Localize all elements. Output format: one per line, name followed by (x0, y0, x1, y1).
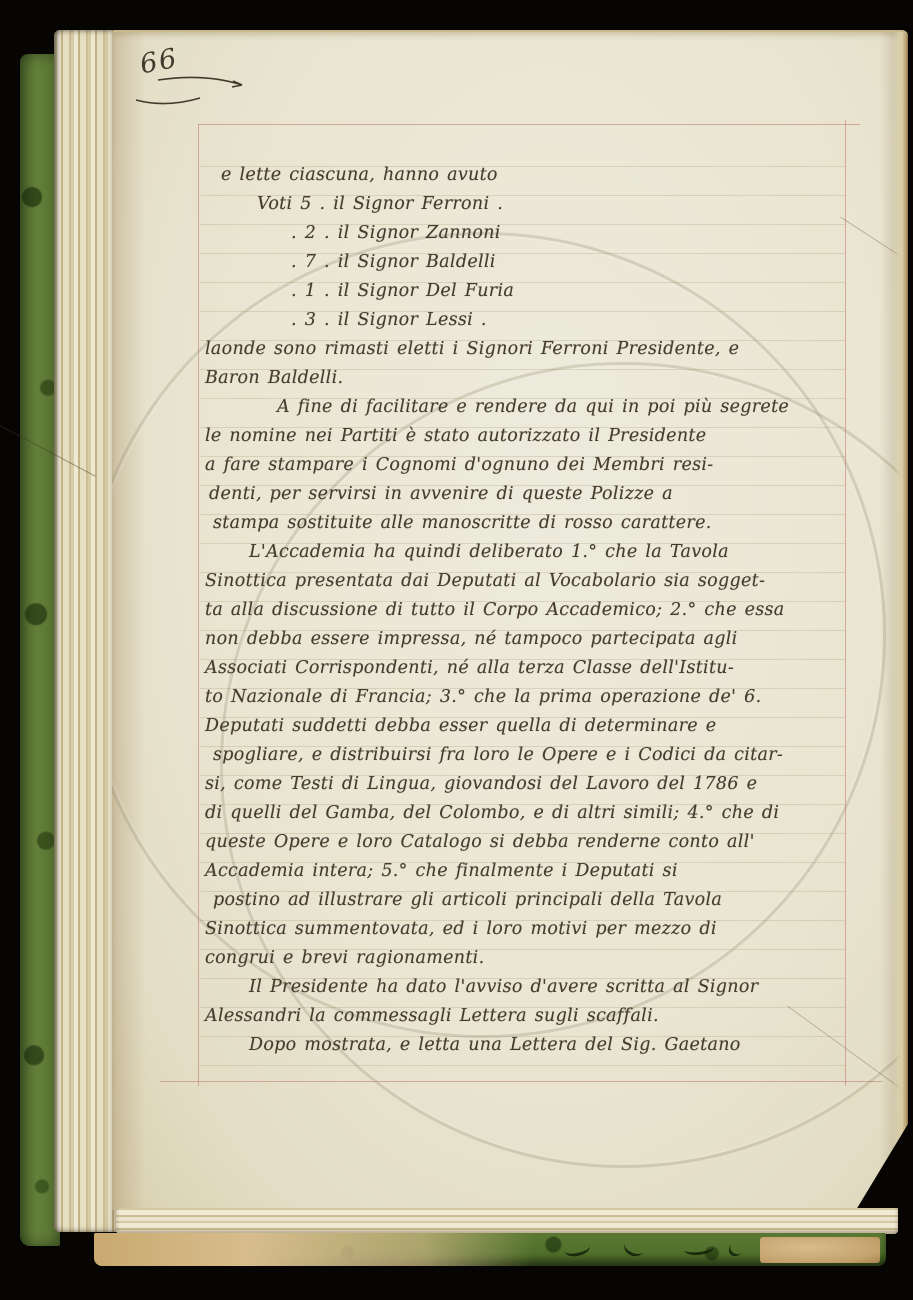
manuscript-line: Baron Baldelli. (205, 364, 853, 393)
manuscript-line: le nomine nei Partiti è stato autorizzat… (205, 422, 853, 451)
manuscript-line: stampa sostituite alle manoscritte di ro… (205, 509, 853, 538)
manuscript-line: a fare stampare i Cognomi d'ognuno dei M… (205, 451, 853, 480)
manuscript-line: . 7 . il Signor Baldelli (205, 248, 853, 277)
ink-mark (683, 1240, 714, 1256)
manuscript-line: non debba essere impressa, né tampoco pa… (205, 625, 853, 654)
manuscript-line: denti, per servirsi in avvenire di quest… (205, 480, 853, 509)
manuscript-line: ta alla discussione di tutto il Corpo Ac… (205, 596, 853, 625)
ink-mark (726, 1236, 749, 1260)
manuscript-line: Voti 5 . il Signor Ferroni . (205, 190, 853, 219)
manuscript-line: A fine di facilitare e rendere da qui in… (205, 393, 853, 422)
manuscript-text: e lette ciascuna, hanno avutoVoti 5 . il… (205, 161, 853, 1060)
manuscript-line: Alessandri la commessagli Lettera sugli … (205, 1002, 853, 1031)
cover-wear-patch (94, 1233, 534, 1266)
manuscript-line: spogliare, e distribuirsi fra loro le Op… (205, 741, 853, 770)
margin-line-top (198, 124, 860, 125)
margin-line-bottom (160, 1081, 882, 1082)
manuscript-line: Associati Corrispondenti, né alla terza … (205, 654, 853, 683)
manuscript-line: postino ad illustrare gli articoli princ… (205, 886, 853, 915)
page-number-flourish (130, 40, 280, 120)
ink-mark (563, 1238, 592, 1258)
manuscript-line: to Nazionale di Francia; 3.° che la prim… (205, 683, 853, 712)
manuscript-line: Deputati suddetti debba esser quella di … (205, 712, 853, 741)
manuscript-line: . 2 . il Signor Zannoni (205, 219, 853, 248)
manuscript-line: L'Accademia ha quindi deliberato 1.° che… (205, 538, 853, 567)
page-number: 66 (130, 40, 280, 120)
manuscript-line: Dopo mostrata, e letta una Lettera del S… (205, 1031, 853, 1060)
book-scan: 66 e lette ciascuna, hanno avutoVoti 5 .… (0, 0, 913, 1300)
manuscript-line: si, come Testi di Lingua, giovandosi del… (205, 770, 853, 799)
margin-line-left (198, 124, 199, 1086)
ink-mark (621, 1236, 646, 1260)
manuscript-line: . 1 . il Signor Del Furia (205, 277, 853, 306)
marbled-cover-edge-bottom (94, 1233, 886, 1266)
manuscript-line: laonde sono rimasti eletti i Signori Fer… (205, 335, 853, 364)
page-curl-edge (880, 32, 908, 1210)
leather-corner-piece (760, 1237, 880, 1263)
manuscript-line: Sinottica presentata dai Deputati al Voc… (205, 567, 853, 596)
page-stack-edges-left (54, 30, 118, 1232)
manuscript-line: . 3 . il Signor Lessi . (205, 306, 853, 335)
manuscript-line: congrui e brevi ragionamenti. (205, 944, 853, 973)
page-stack-edges-bottom (116, 1208, 898, 1234)
manuscript-line: queste Opere e loro Catalogo si debba re… (205, 828, 853, 857)
manuscript-line: Accademia intera; 5.° che finalmente i D… (205, 857, 853, 886)
manuscript-page: 66 e lette ciascuna, hanno avutoVoti 5 .… (112, 30, 908, 1210)
manuscript-line: e lette ciascuna, hanno avuto (205, 161, 853, 190)
manuscript-line: Sinottica summentovata, ed i loro motivi… (205, 915, 853, 944)
manuscript-line: di quelli del Gamba, del Colombo, e di a… (205, 799, 853, 828)
manuscript-line: Il Presidente ha dato l'avviso d'avere s… (205, 973, 853, 1002)
